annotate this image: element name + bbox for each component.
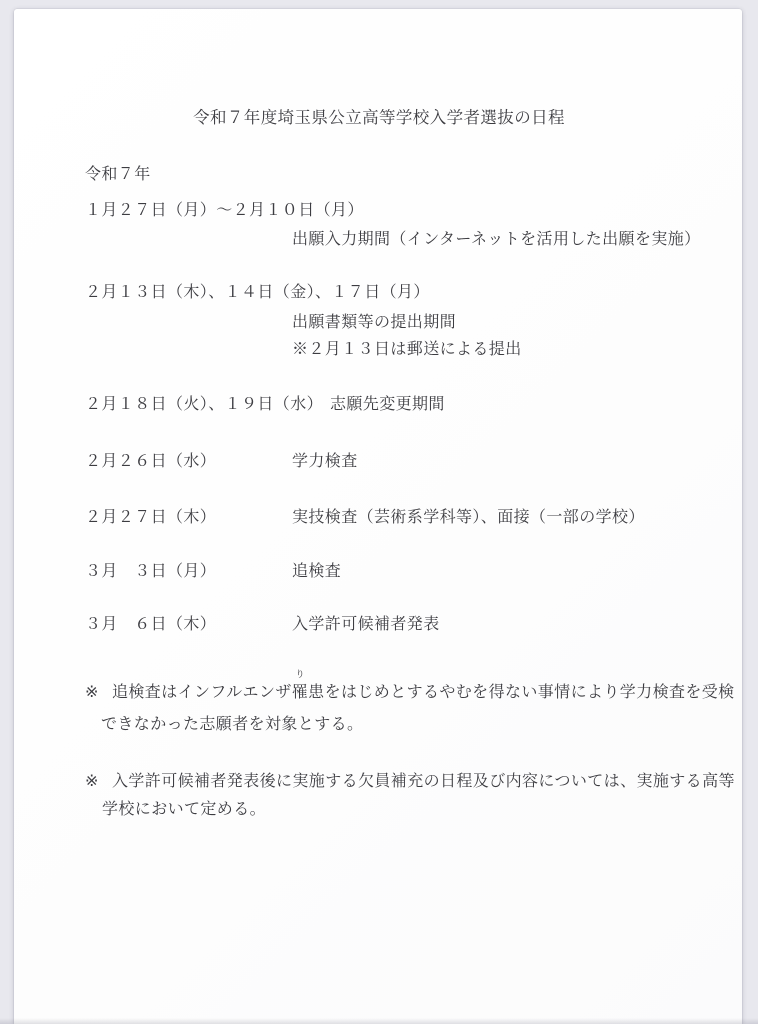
note-1-line-2: できなかった志願者を対象とする。 [101,713,363,737]
schedule-description-practical-exam: 実技検査（芸術系学科等）、面接（一部の学校） [292,506,645,530]
era-label: 令和７年 [85,163,151,187]
schedule-date-makeup-exam: ３月 ３日（月） [85,560,216,584]
ruby-character: り罹 [292,681,308,705]
note-1-text-before-ruby: 追検査はインフルエンザ [112,684,292,701]
schedule-description-makeup-exam: 追検査 [292,560,341,584]
schedule-date-practical-exam: ２月２７日（木） [85,506,216,530]
photo-background: 令和７年度埼玉県公立高等学校入学者選抜の日程 令和７年 １月２７日（月）～２月１… [0,0,758,1024]
schedule-note-mail-submission: ※２月１３日は郵送による提出 [292,338,522,362]
schedule-description-preference-change: 志願先変更期間 [330,396,445,413]
schedule-date-academic-exam: ２月２６日（水） [85,450,216,474]
schedule-date-document-submission: ２月１３日（木）、１４日（金）、１７日（月） [85,281,430,305]
schedule-description-application-input: 出願入力期間（インターネットを活用した出願を実施） [292,228,701,252]
photo-bottom-shadow [0,1018,758,1024]
schedule-date-application-input: １月２７日（月）～２月１０日（月） [85,199,364,223]
schedule-row-preference-change: ２月１８日（火）、１９日（水）志願先変更期間 [85,393,445,417]
ruby-furigana: り [295,670,304,679]
page-title: 令和７年度埼玉県公立高等学校入学者選抜の日程 [0,106,758,130]
ruby-base: 罹 [292,684,308,701]
schedule-description-document-submission: 出願書類等の提出期間 [292,311,456,335]
schedule-date-preference-change: ２月１８日（火）、１９日（水） [85,396,323,413]
note-2-line-2: 学校において定める。 [102,798,266,822]
note-1-line-1: 追検査はインフルエンザり罹患をはじめとするやむを得ない事情により学力検査を受検 [112,681,735,705]
schedule-description-academic-exam: 学力検査 [292,450,358,474]
note-2-line-1: 入学許可候補者発表後に実施する欠員補充の日程及び内容については、実施する高等 [112,770,735,794]
note-2-marker: ※ [85,770,99,794]
schedule-date-admission-announcement: ３月 ６日（木） [85,613,216,637]
schedule-description-admission-announcement: 入学許可候補者発表 [292,613,440,637]
note-1-text-after-ruby: 患をはじめとするやむを得ない事情により学力検査を受検 [308,684,734,701]
note-1-marker: ※ [85,681,99,705]
